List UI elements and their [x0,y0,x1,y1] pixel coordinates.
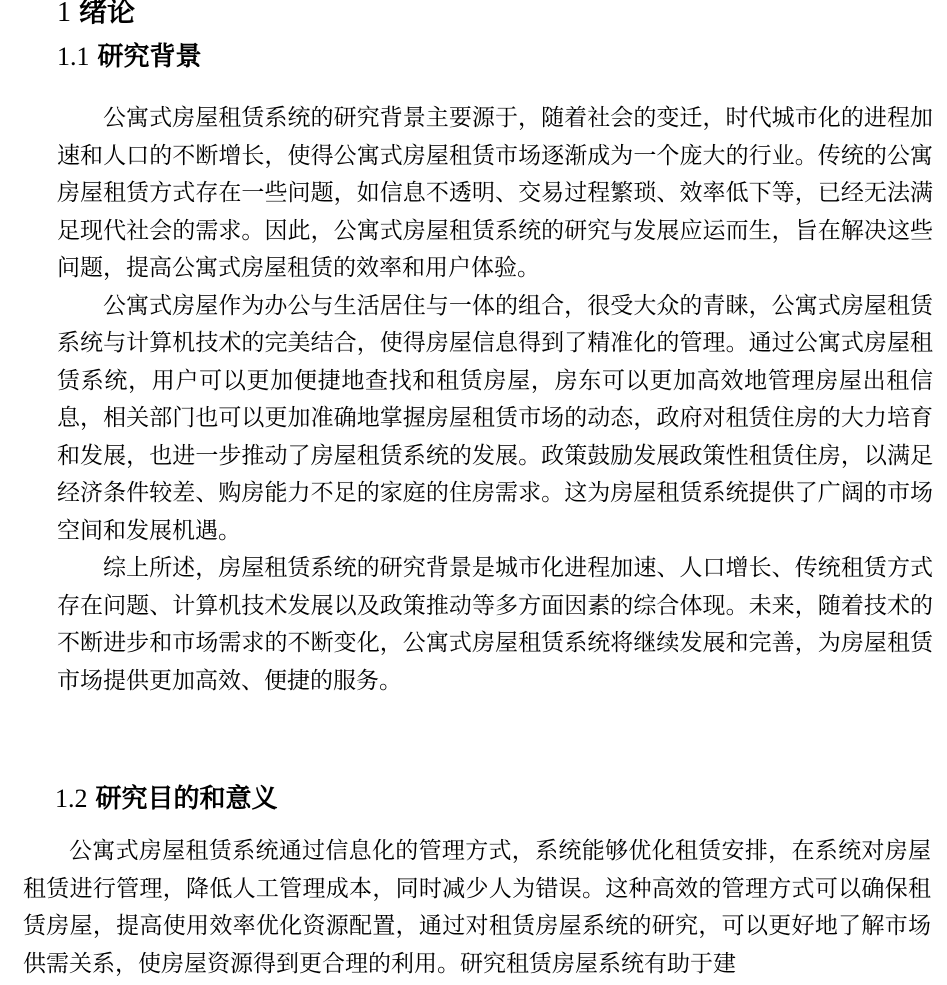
section-number: 1.2 [55,784,88,813]
section-heading-research-purpose: 1.2研究目的和意义 [55,780,278,817]
paragraph-purpose-1: 公寓式房屋租赁系统通过信息化的管理方式，系统能够优化租赁安排，在系统对房屋租赁进… [23,832,931,982]
section-body-research-purpose: 公寓式房屋租赁系统通过信息化的管理方式，系统能够优化租赁安排，在系统对房屋租赁进… [23,832,931,982]
section-heading-research-background: 1.1研究背景 [57,38,202,75]
paragraph-background-3: 综上所述，房屋租赁系统的研究背景是城市化进程加速、人口增长、传统租赁方式存在问题… [57,549,933,699]
paragraph-background-2: 公寓式房屋作为办公与生活居住与一体的组合，很受大众的青睐，公寓式房屋租赁系统与计… [57,287,933,550]
chapter-title: 绪论 [79,0,135,27]
document-page: 1绪论 1.1研究背景 公寓式房屋租赁系统的研究背景主要源于，随着社会的变迁，时… [0,0,947,985]
section-number: 1.1 [57,42,90,71]
section-title: 研究背景 [98,41,202,71]
paragraph-background-1: 公寓式房屋租赁系统的研究背景主要源于，随着社会的变迁，时代城市化的进程加速和人口… [57,99,933,287]
section-title: 研究目的和意义 [96,783,278,813]
section-body-research-background: 公寓式房屋租赁系统的研究背景主要源于，随着社会的变迁，时代城市化的进程加速和人口… [57,99,933,699]
chapter-number: 1 [57,0,71,28]
chapter-heading: 1绪论 [57,0,135,32]
